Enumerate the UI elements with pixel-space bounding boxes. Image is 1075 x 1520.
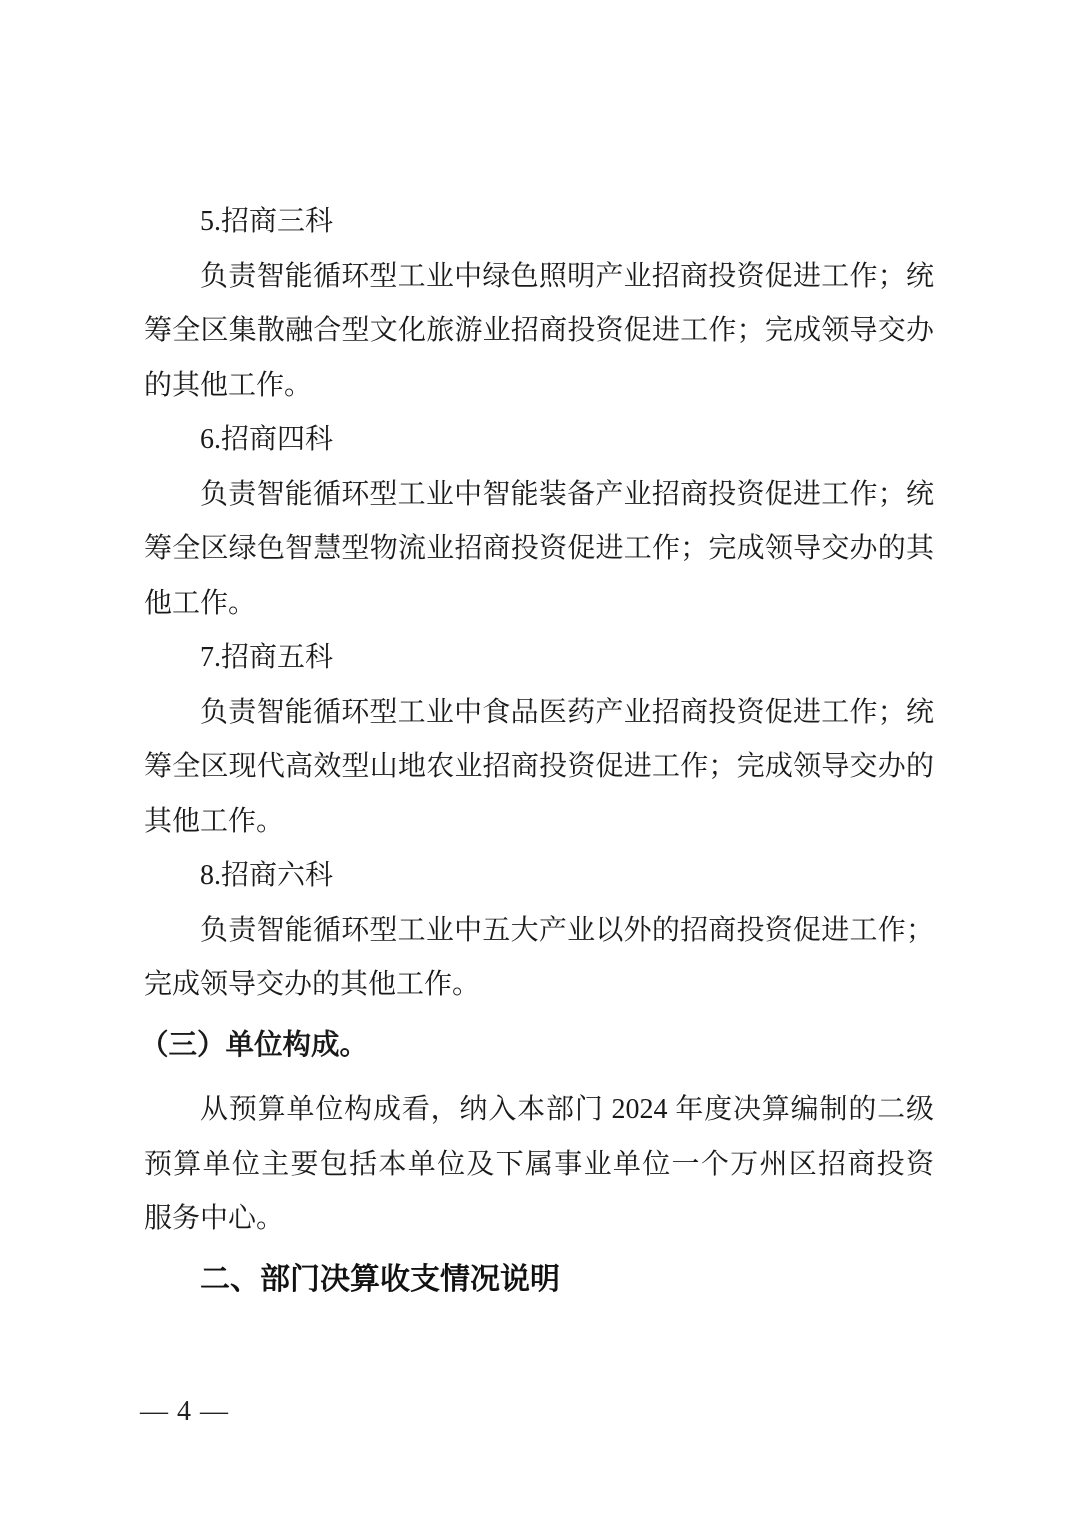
paragraph-unit-composition: 从预算单位构成看，纳入本部门 2024 年度决算编制的二级 预算单位主要包括本单…	[144, 1083, 934, 1247]
section-heading: 7.招商五科	[144, 631, 934, 686]
body-line: 完成领导交办的其他工作。	[144, 958, 934, 1013]
body-line: 负责智能循环型工业中智能装备产业招商投资促进工作；统	[144, 468, 934, 523]
section-zhaoshang-4: 6.招商四科 负责智能循环型工业中智能装备产业招商投资促进工作；统 筹全区绿色智…	[144, 413, 934, 631]
section-heading: 5.招商三科	[144, 195, 934, 250]
document-page: 5.招商三科 负责智能循环型工业中绿色照明产业招商投资促进工作；统 筹全区集散融…	[0, 0, 1075, 1520]
body-line: 筹全区集散融合型文化旅游业招商投资促进工作；完成领导交办	[144, 304, 934, 359]
body-line: 他工作。	[144, 577, 934, 632]
body-line: 其他工作。	[144, 795, 934, 850]
body-line: 负责智能循环型工业中食品医药产业招商投资促进工作；统	[144, 686, 934, 741]
section-heading: 8.招商六科	[144, 849, 934, 904]
subsection-heading-unit-composition: （三）单位构成。	[140, 1019, 934, 1074]
body-line: 预算单位主要包括本单位及下属事业单位一个万州区招商投资	[144, 1138, 934, 1193]
page-number: — 4 —	[140, 1395, 229, 1429]
chapter-heading-budget-statement: 二、部门决算收支情况说明	[144, 1253, 934, 1308]
body-line: 筹全区绿色智慧型物流业招商投资促进工作；完成领导交办的其	[144, 522, 934, 577]
body-line: 服务中心。	[144, 1192, 934, 1247]
section-zhaoshang-6: 8.招商六科 负责智能循环型工业中五大产业以外的招商投资促进工作； 完成领导交办…	[144, 849, 934, 1013]
body-line: 的其他工作。	[144, 359, 934, 414]
body-line: 从预算单位构成看，纳入本部门 2024 年度决算编制的二级	[144, 1083, 934, 1138]
section-heading: 6.招商四科	[144, 413, 934, 468]
section-zhaoshang-3: 5.招商三科 负责智能循环型工业中绿色照明产业招商投资促进工作；统 筹全区集散融…	[144, 195, 934, 413]
body-line: 筹全区现代高效型山地农业招商投资促进工作；完成领导交办的	[144, 740, 934, 795]
section-zhaoshang-5: 7.招商五科 负责智能循环型工业中食品医药产业招商投资促进工作；统 筹全区现代高…	[144, 631, 934, 849]
body-line: 负责智能循环型工业中绿色照明产业招商投资促进工作；统	[144, 250, 934, 305]
document-body: 5.招商三科 负责智能循环型工业中绿色照明产业招商投资促进工作；统 筹全区集散融…	[144, 195, 934, 1307]
body-line: 负责智能循环型工业中五大产业以外的招商投资促进工作；	[144, 904, 934, 959]
